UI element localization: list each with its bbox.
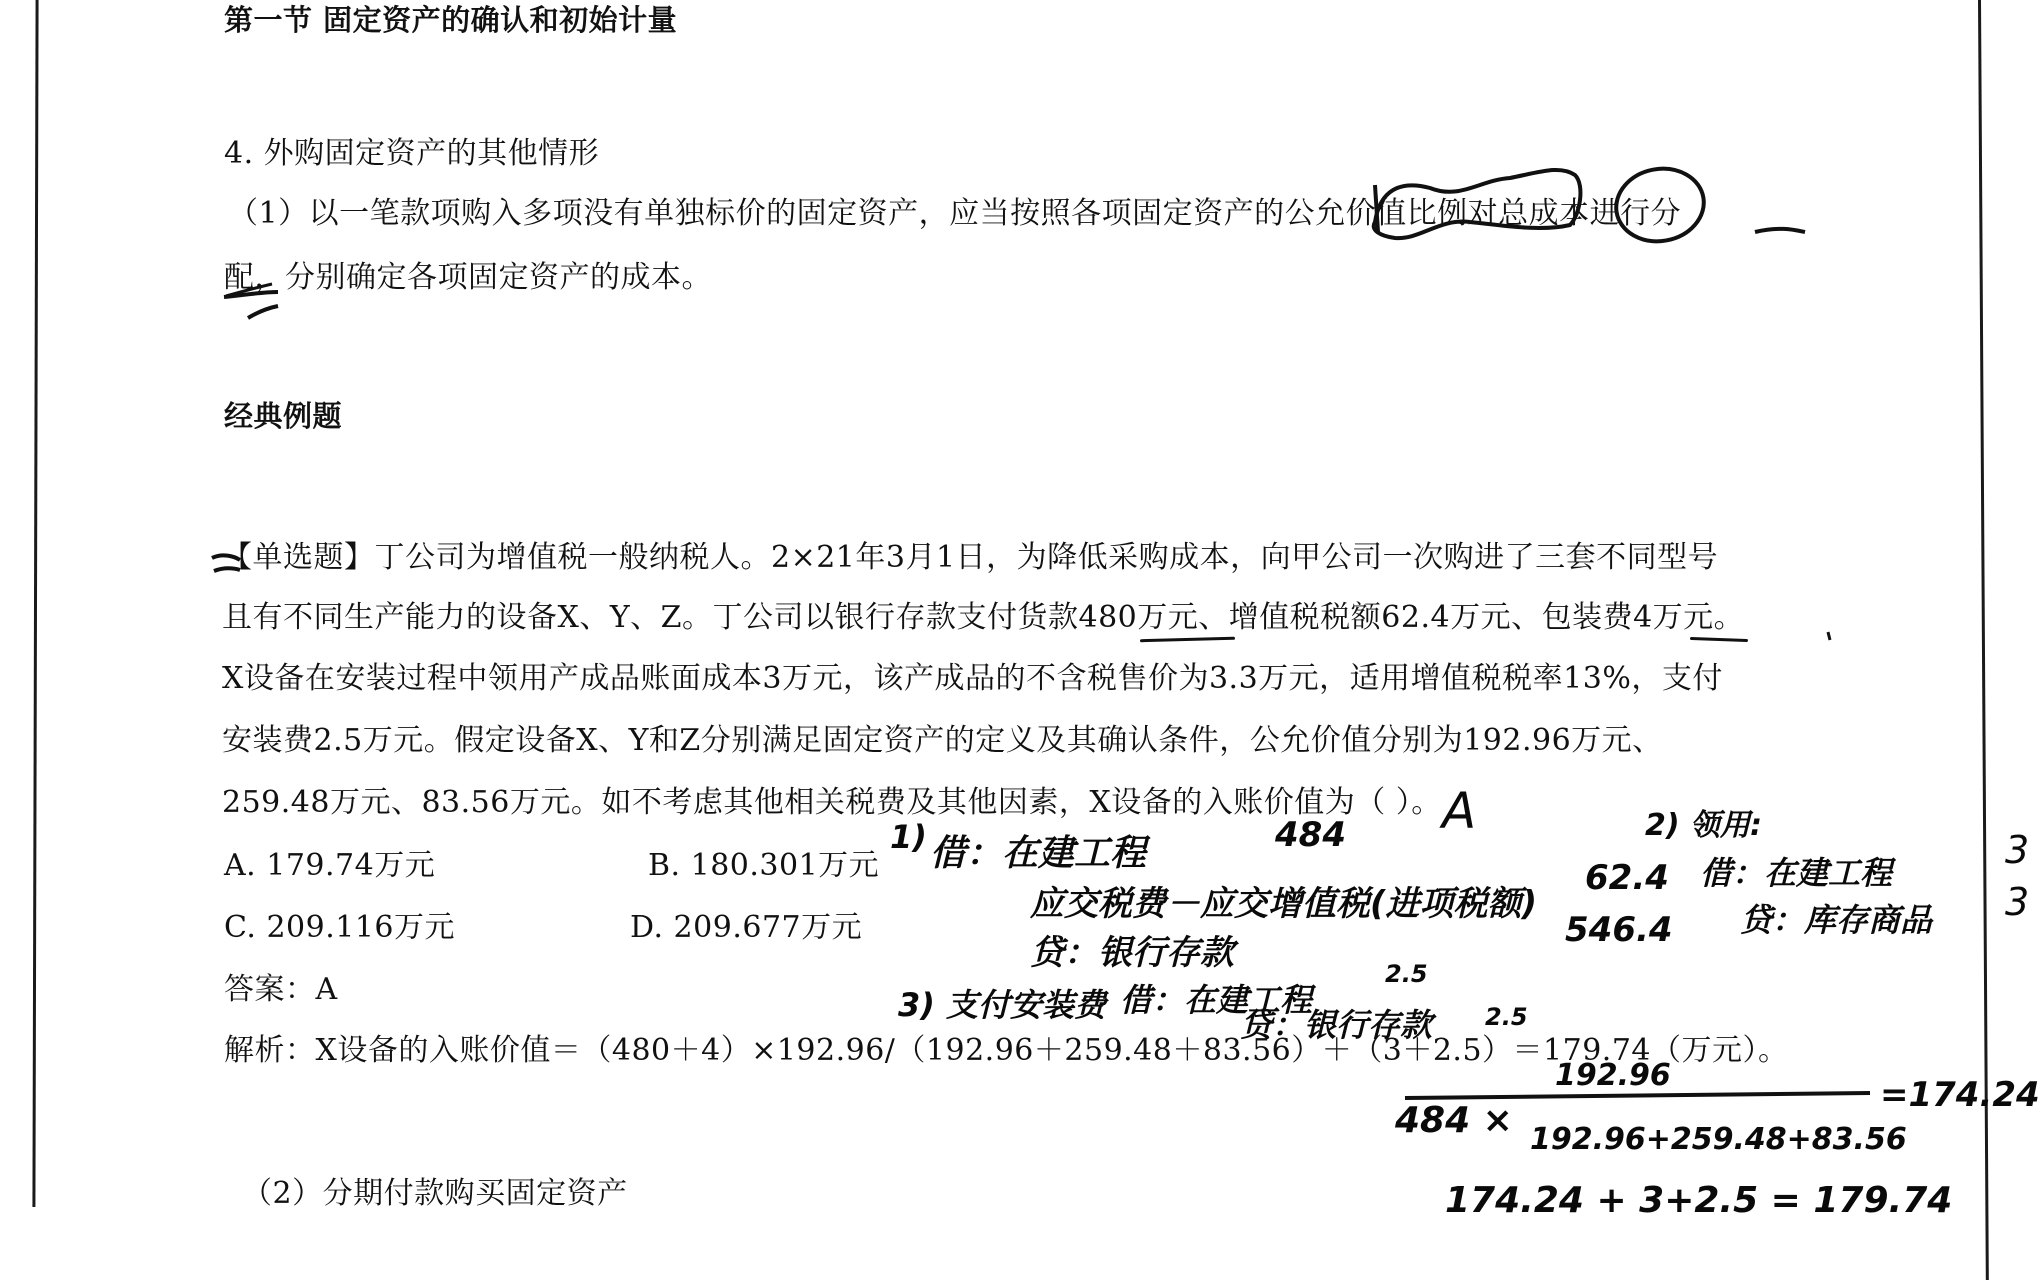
rule-1-connector: 对: [1468, 196, 1499, 231]
entry-2-credit: 贷：库存商品: [1740, 895, 1932, 941]
rule-1-line-2: 配，分别确定各项固定资产的成本。: [224, 260, 712, 296]
calc-denominator: 192.96+259.48+83.56: [1530, 1122, 1907, 1157]
entry-3-label: 3) 支付安装费: [898, 980, 1106, 1026]
entry-1-debit: 借：在建工程: [930, 825, 1146, 876]
handwritten-underline-4: [1690, 637, 1748, 642]
document-page: 第一节 固定资产的确认和初始计量 4. 外购固定资产的其他情形 （1）以一笔款项…: [0, 0, 2042, 1280]
entry-1-debit-amount: 484: [1275, 815, 1346, 855]
highlight-total-cost: 总成本: [1498, 196, 1590, 231]
example-heading: 经典例题: [224, 398, 342, 434]
entry-1-label: 1): [890, 818, 927, 856]
option-d: D. 209.677万元: [630, 910, 862, 946]
subsection-heading: 4. 外购固定资产的其他情形: [224, 136, 599, 172]
rule-1-line-1: （1）以一笔款项购入多项没有单独标价的固定资产，应当按照各项固定资产的公允价值比…: [228, 196, 1681, 232]
entry-2-credit-amount: 3: [2005, 880, 2029, 924]
calc-prefix: 484 ×: [1395, 1100, 1513, 1141]
entry-2-debit-amount: 3: [2005, 828, 2029, 872]
handwritten-answer: A: [1442, 782, 1476, 840]
highlight-fair-value-ratio: 公允价值比例: [1285, 196, 1468, 231]
rule-1-text-before: （1）以一笔款项购入多项没有单独标价的固定资产，应当按照各项固定资产的: [228, 196, 1285, 231]
option-c: C. 209.116万元: [224, 910, 455, 946]
question-line-2: 且有不同生产能力的设备X、Y、Z。丁公司以银行存款支付货款480万元、增值税税额…: [222, 600, 1744, 636]
calc-final: 174.24 + 3+2.5 = 179.74: [1445, 1180, 1952, 1221]
entry-1-credit: 贷：银行存款: [1030, 925, 1234, 974]
rule-1-text-after: 进行分: [1590, 196, 1682, 231]
question-line-5: 259.48万元、83.56万元。如不考虑其他相关税费及其他因素，X设备的入账价…: [222, 785, 1442, 821]
next-subsection-heading: （2）分期付款购买固定资产: [242, 1176, 628, 1212]
question-line-1: 【单选题】丁公司为增值税一般纳税人。2×21年3月1日，为降低采购成本，向甲公司…: [222, 540, 1718, 576]
section-title: 第一节 固定资产的确认和初始计量: [224, 2, 677, 38]
option-b: B. 180.301万元: [648, 848, 879, 884]
entry-1-debit-2: 应交税费－应交增值税(进项税额): [1030, 876, 1537, 925]
answer-line: 答案：A: [224, 972, 338, 1008]
question-line-3: X设备在安装过程中领用产成品账面成本3万元，该产成品的不含税售价为3.3万元，适…: [222, 661, 1723, 697]
entry-3-credit: 贷：银行存款: [1240, 1000, 1432, 1046]
question-line-4: 安装费2.5万元。假定设备X、Y和Z分别满足固定资产的定义及其确认条件，公允价值…: [222, 723, 1663, 759]
entry-3-credit-amount: 2.5: [1485, 1003, 1528, 1031]
entry-3-debit-amount: 2.5: [1385, 960, 1428, 988]
calc-numerator: 192.96: [1555, 1058, 1671, 1093]
handwritten-underline-480: [1140, 637, 1235, 642]
entry-1-debit-2-amount: 62.4: [1585, 858, 1669, 898]
option-a: A. 179.74万元: [224, 848, 435, 884]
entry-2-debit: 借：在建工程: [1700, 848, 1892, 894]
calc-result: =174.24: [1880, 1075, 2040, 1115]
entry-1-credit-amount: 546.4: [1565, 910, 1673, 950]
analysis-line: 解析：X设备的入账价值＝（480＋4）×192.96/（192.96＋259.4…: [224, 1033, 1789, 1069]
entry-2-label: 2) 领用:: [1645, 800, 1762, 844]
page-left-border: [32, 0, 38, 1207]
